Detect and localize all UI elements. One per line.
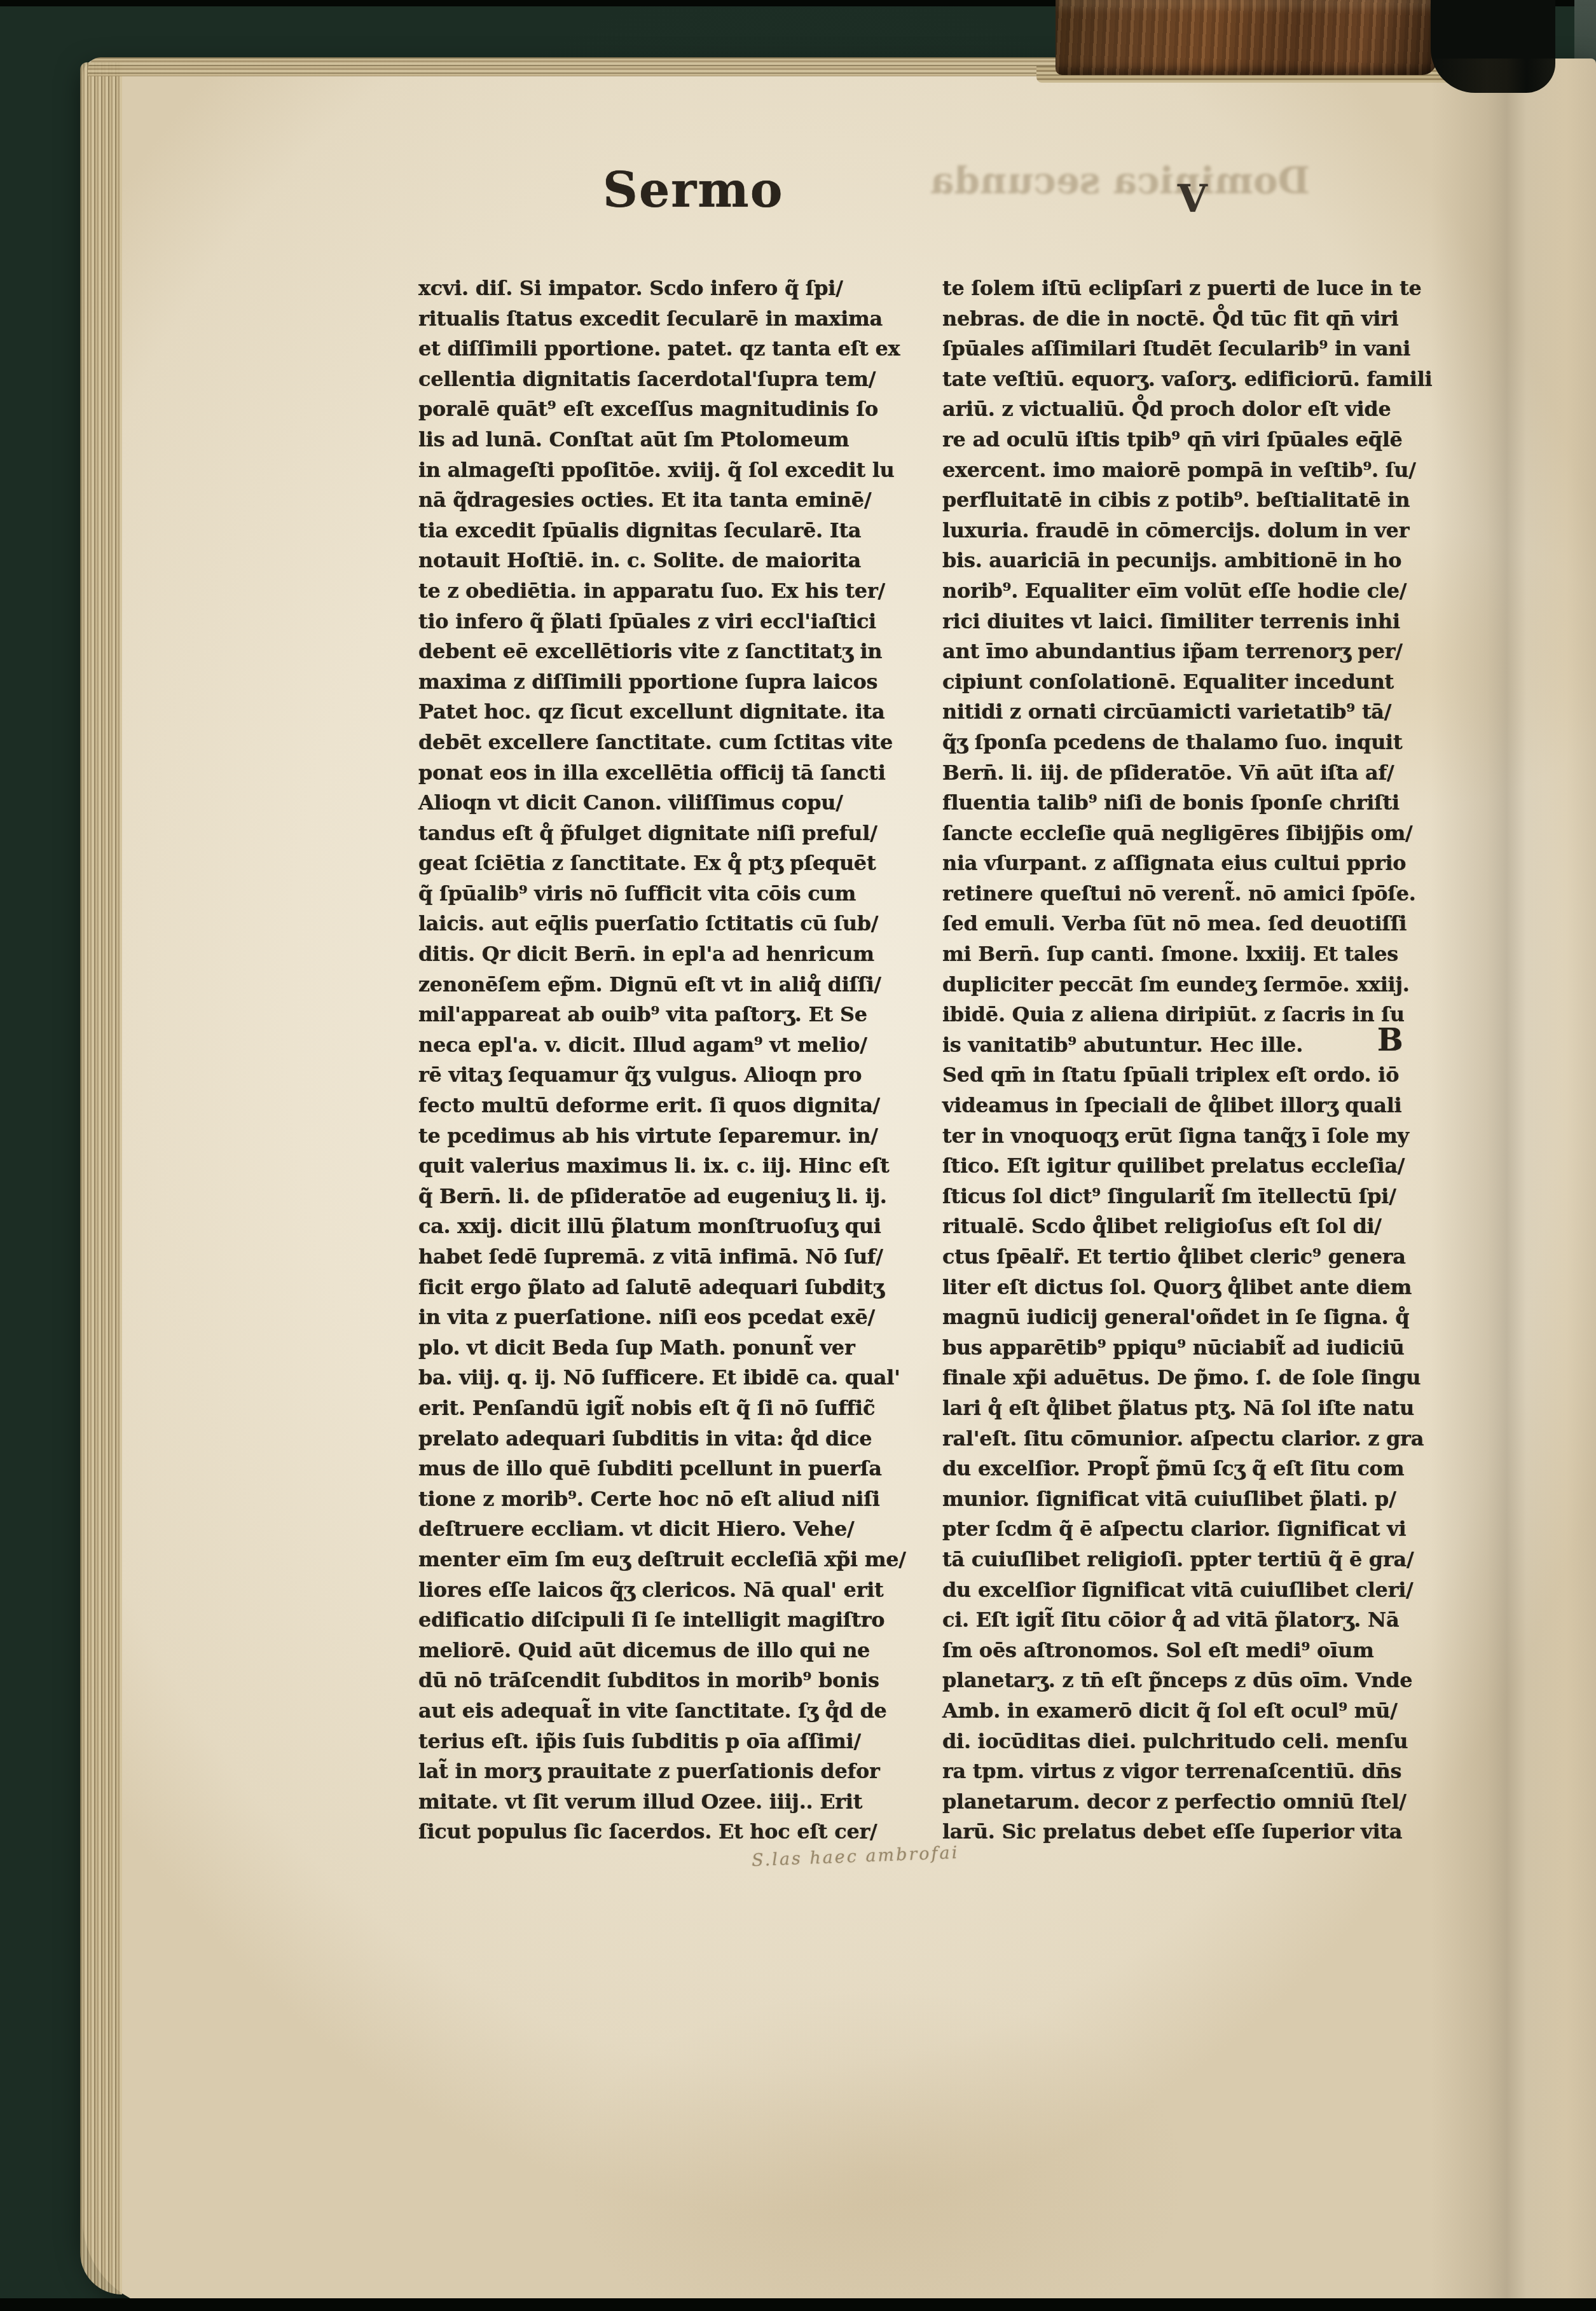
text-line: cipiunt conſolationē. Equaliter incedunt <box>942 667 1502 698</box>
text-line: liores eſſe laicos q̃ʒ clericos. Nā qual… <box>418 1575 941 1606</box>
text-line: rē vitaʒ ſequamur q̃ʒ vulgus. Alioqn pro <box>418 1060 941 1091</box>
text-line: ter in vnoquoqʒ erūt ſigna tanq̃ʒ ī ſole… <box>942 1121 1502 1152</box>
text-line: nebras. de die in noctē. Q̊d tūc fit qn̄… <box>942 304 1502 335</box>
text-line: lat̃ in morʒ prauitate z puerſationis de… <box>418 1756 941 1787</box>
text-line: Amb. in examerō dicit q̃ ſol eſt ocul⁹ m… <box>942 1696 1502 1727</box>
text-line: luxuria. fraudē in cōmercijs. dolum in v… <box>942 516 1502 546</box>
text-line: plo. vt dicit Beda ſup Math. ponunt̃ ver <box>418 1333 941 1363</box>
text-line: ra tpm. virtus z vigor terrenaſcentiū. d… <box>942 1756 1502 1787</box>
text-line: rici diuites vt laici. ſimiliter terreni… <box>942 607 1502 637</box>
text-line: fluentia talib⁹ niſi de bonis ſponſe chr… <box>942 788 1502 818</box>
text-column-right: te ſolem iſtū eclipſari z puerti de luce… <box>942 273 1502 1847</box>
text-line: nā q̃dragesies octies. Et ita tanta emin… <box>418 485 941 516</box>
text-line: tandus eſt q̊ p̃fulget dignitate niſi pr… <box>418 818 941 849</box>
gutter-crease-next-page <box>1431 59 1596 2308</box>
text-line: norib⁹. Equaliter eīm volūt eſſe hodie c… <box>942 576 1502 607</box>
book-page: Dominica secunda Sermo V xcvi. diſ. Si i… <box>83 59 1596 2308</box>
text-line: Sed qm̄ in ſtatu ſpūali triplex eſt ordo… <box>942 1060 1502 1091</box>
text-line: planetarum. decor z perfectio omniū ſtel… <box>942 1787 1502 1818</box>
page-stack-top-edge <box>88 57 1080 76</box>
wood-grain-texture <box>1056 0 1437 75</box>
text-line: tione z morib⁹. Certe hoc nō eſt aliud n… <box>418 1484 941 1515</box>
text-line: geat ſciētia z ſanctitate. Ex q̊ ptʒ pſe… <box>418 848 941 879</box>
text-line: cellentia dignitatis ſacerdotal'ſupra te… <box>418 364 941 395</box>
text-line: magnū iudicij general'oñdet in ſe ſigna.… <box>942 1302 1502 1333</box>
text-line: prelato adequari ſubditis in vita: q̊d d… <box>418 1424 941 1454</box>
text-line: ficit ergo p̃lato ad ſalutē adequari ſub… <box>418 1273 941 1303</box>
text-line: te pcedimus ab his virtute ſeparemur. in… <box>418 1121 941 1152</box>
text-line: bus apparētib⁹ ppiqu⁹ nūciabit̃ ad iudic… <box>942 1333 1502 1363</box>
text-line: te ſolem iſtū eclipſari z puerti de luce… <box>942 273 1502 304</box>
text-line: tate veſtiū. equorʒ. vaſorʒ. edificiorū.… <box>942 364 1502 395</box>
text-line: lari q̊ eſt q̊libet p̃latus ptʒ. Nā ſol … <box>942 1393 1502 1424</box>
text-line: aut eis adequat̃ in vite ſanctitate. ſʒ … <box>418 1696 941 1727</box>
text-line: mil'appareat ab ouib⁹ vita paſtorʒ. Et S… <box>418 1000 941 1030</box>
text-line: mus de illo quē ſubditi pcellunt in puer… <box>418 1454 941 1484</box>
text-line: tia excedit ſpūalis dignitas ſecularē. I… <box>418 516 941 546</box>
text-line: ſm oēs aſtronomos. Sol eſt medi⁹ oīum <box>942 1636 1502 1666</box>
text-line: in vita z puerſatione. niſi eos pcedat e… <box>418 1302 941 1333</box>
text-line: ca. xxij. dicit illū p̃latum monſtruoſuʒ… <box>418 1211 941 1242</box>
text-line: lis ad lunā. Conſtat aūt ſm Ptolomeum <box>418 425 941 455</box>
fore-edge-page-stack-left <box>80 62 122 2294</box>
text-line: is vanitatib⁹ abutuntur. Hec ille. <box>942 1030 1502 1061</box>
text-line: ral'eſt. ſitu cōmunior. aſpectu clarior.… <box>942 1424 1502 1454</box>
text-line: finale xp̃i aduētus. De p̃mo. ſ. de ſole… <box>942 1363 1502 1393</box>
text-line: ditis. Qr dicit Bern̄. in epl'a ad henri… <box>418 939 941 970</box>
text-line: neca epl'a. v. dicit. Illud agam⁹ vt mel… <box>418 1030 941 1061</box>
text-line: munior. ſignificat vitā cuiuſlibet p̃lat… <box>942 1484 1502 1515</box>
text-line: Patet hoc. qz ſicut excellunt dignitate.… <box>418 697 941 728</box>
text-line: tio infero q̃ p̃lati ſpūales z viri eccl… <box>418 607 941 637</box>
text-line: laicis. aut eq̄lis puerſatio ſctitatis c… <box>418 909 941 939</box>
text-line: et diſſimili pportione. patet. qz tanta … <box>418 334 941 364</box>
text-line: liter eſt dictus ſol. Quorʒ q̊libet ante… <box>942 1273 1502 1303</box>
text-line: q̃ ſpūalib⁹ viris nō ſufficit vita cōis … <box>418 879 941 909</box>
wooden-binding-board <box>1056 0 1437 75</box>
text-line: ant īmo abundantius ip̃am terrenorʒ per/ <box>942 637 1502 667</box>
showthrough-ghost-text: Dominica secunda <box>814 159 1310 202</box>
folio-numeral: V <box>1178 177 1207 221</box>
text-line: terius eſt. ip̃is ſuis ſubditis p oīa aſ… <box>418 1727 941 1757</box>
text-line: debent eē excellētioris vite z ſanctitat… <box>418 637 941 667</box>
text-line: ariū. z victualiū. Q̊d proch dolor eſt v… <box>942 394 1502 425</box>
text-line: du excelſior. Propt̃ p̃mū ſcʒ q̃ eſt ſit… <box>942 1454 1502 1484</box>
text-line: bis. auariciā in pecunijs. ambitionē in … <box>942 546 1502 576</box>
text-line: notauit Hoſtiē. in. c. Solite. de maiori… <box>418 546 941 576</box>
text-line: di. iocūditas diei. pulchritudo celi. me… <box>942 1727 1502 1757</box>
text-line: re ad oculū iſtis tpib⁹ qn̄ viri ſpūales… <box>942 425 1502 455</box>
text-line: planetarʒ. z tn̄ eſt p̃nceps z dūs oīm. … <box>942 1666 1502 1696</box>
text-line: ctus ſpēalr̃. Et tertio q̊libet cleric⁹ … <box>942 1242 1502 1273</box>
text-line: menter eīm ſm euʒ deſtruit eccleſiā xp̃i… <box>418 1545 941 1575</box>
text-line: te z obediētia. in apparatu ſuo. Ex his … <box>418 576 941 607</box>
text-line: mitate. vt ſit verum illud Ozee. iiij.. … <box>418 1787 941 1818</box>
text-line: exercent. imo maiorē pompā in veſtib⁹. ſ… <box>942 455 1502 486</box>
text-line: meliorē. Quid aūt dicemus de illo qui ne <box>418 1636 941 1666</box>
text-line: mi Bern̄. ſup canti. ſmone. lxxiij. Et t… <box>942 939 1502 970</box>
text-line: retinere queſtui nō verent̃. nō amici ſp… <box>942 879 1502 909</box>
scan-border-bottom <box>0 2298 1596 2311</box>
text-line: ſticus ſol dict⁹ ſingularit̃ ſm ītellect… <box>942 1182 1502 1212</box>
text-line: tā cuiuſlibet religioſi. ppter tertiū q̃… <box>942 1545 1502 1575</box>
text-line: erit. Penſandū igit̃ nobis eſt q̃ ſi nō … <box>418 1393 941 1424</box>
text-line: q̃ʒ ſponſa pcedens de thalamo ſuo. inqui… <box>942 728 1502 758</box>
text-line: deſtruere eccliam. vt dicit Hiero. Vehe/ <box>418 1514 941 1545</box>
text-line: in almageſti ppoſitōe. xviij. q̃ ſol exc… <box>418 455 941 486</box>
text-line: xcvi. diſ. Si impator. Scdo infero q̃ ſp… <box>418 273 941 304</box>
text-line: ponat eos in illa excellētia officij tā … <box>418 758 941 789</box>
quire-signature-mark: B <box>1377 1023 1403 1058</box>
running-title: Sermo <box>603 162 783 218</box>
text-line: poralē quāt⁹ eſt exceſſus magnitudinis ſ… <box>418 394 941 425</box>
text-line: Alioqn vt dicit Canon. viliſſimus copu/ <box>418 788 941 818</box>
text-line: ſtico. Eſt igitur quilibet prelatus eccl… <box>942 1151 1502 1182</box>
text-line: ſed emuli. Verba ſūt nō mea. ſed deuotiſ… <box>942 909 1502 939</box>
text-line: q̃ Bern̄. li. de pſideratōe ad eugeniuʒ … <box>418 1182 941 1212</box>
text-line: nitidi z ornati circūamicti varietatib⁹ … <box>942 697 1502 728</box>
text-line: dupliciter peccāt ſm eundeʒ ſermōe. xxii… <box>942 970 1502 1000</box>
text-line: ritualē. Scdo q̊libet religioſus eſt ſol… <box>942 1211 1502 1242</box>
text-line: dū nō trāſcendit ſubditos in morib⁹ boni… <box>418 1666 941 1696</box>
text-line: ſancte eccleſie quā negligēres ſibijp̃is… <box>942 818 1502 849</box>
text-line: debēt excellere ſanctitate. cum ſctitas … <box>418 728 941 758</box>
text-line: pter ſcdm q̃ ē aſpectu clarior. ſignific… <box>942 1514 1502 1545</box>
text-line: ibidē. Quia z aliena diripiūt. z ſacris … <box>942 1000 1502 1030</box>
text-line: larū. Sic prelatus debet eſſe ſuperior v… <box>942 1817 1502 1847</box>
text-line: quit valerius maximus li. ix. c. iij. Hi… <box>418 1151 941 1182</box>
text-line: ſpūales aſſimilari ſtudēt ſecularib⁹ in … <box>942 334 1502 364</box>
text-line: maxima z diſſimili pportione ſupra laico… <box>418 667 941 698</box>
text-line: du excelſior ſignificat vitā cuiuſlibet … <box>942 1575 1502 1606</box>
text-line: perfluitatē in cibis z potib⁹. beſtialit… <box>942 485 1502 516</box>
text-line: nia vſurpant. z aſſignata eius cultui pp… <box>942 848 1502 879</box>
text-line: edificatio diſcipuli ſi ſe intelligit ma… <box>418 1605 941 1636</box>
text-line: habet ſedē ſupremā. z vitā infimā. Nō ſu… <box>418 1242 941 1273</box>
text-line: videamus in ſpeciali de q̊libet illorʒ q… <box>942 1091 1502 1121</box>
text-line: ſicut populus ſic ſacerdos. Et hoc eſt c… <box>418 1817 941 1847</box>
text-line: ci. Eſt igit̃ ſitu cōior q̊ ad vitā p̃la… <box>942 1605 1502 1636</box>
text-line: zenonēſem ep̃m. Dignū eſt vt in aliq̊ di… <box>418 970 941 1000</box>
text-line: Bern̄. li. iij. de pſideratōe. Vn̄ aūt i… <box>942 758 1502 789</box>
text-line: fecto multū deforme erit. ſi quos dignit… <box>418 1091 941 1121</box>
text-line: ba. viij. q. ij. Nō ſufficere. Et ibidē … <box>418 1363 941 1393</box>
text-line: ritualis ſtatus excedit ſecularē in maxi… <box>418 304 941 335</box>
text-column-left: xcvi. diſ. Si impator. Scdo infero q̃ ſp… <box>418 273 941 1847</box>
